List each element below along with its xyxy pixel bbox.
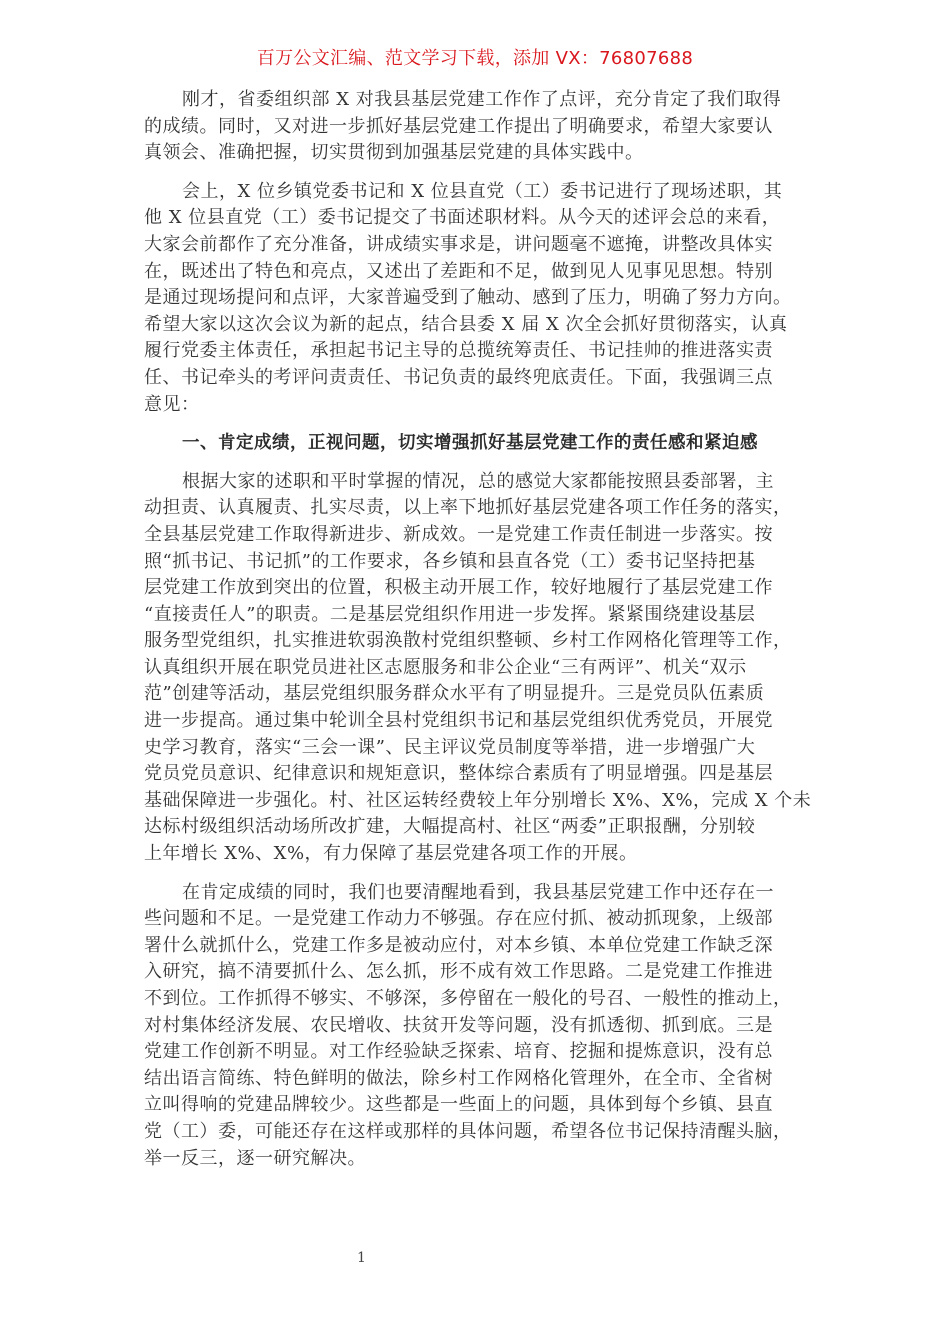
- text-line: 不到位。工作抓得不够实、不够深，多停留在一般化的号召、一般性的推动上，: [144, 986, 824, 1013]
- text-line: 照“抓书记、书记抓”的工作要求，各乡镇和县直各党（工）委书记坚持把基: [144, 549, 824, 576]
- text-line: 层党建工作放到突出的位置，积极主动开展工作，较好地履行了基层党建工作: [144, 575, 824, 602]
- text-line: 履行党委主体责任，承担起书记主导的总揽统筹责任、书记挂帅的推进落实责: [144, 338, 824, 365]
- promo-banner: 百万公文汇编、范文学习下载，添加 VX：76807688: [0, 47, 950, 71]
- text-line: 会上，X 位乡镇党委书记和 X 位县直党（工）委书记进行了现场述职，其: [144, 179, 824, 206]
- text-line: 根据大家的述职和平时掌握的情况，总的感觉大家都能按照县委部署，主: [144, 469, 824, 496]
- document-page: 百万公文汇编、范文学习下载，添加 VX：76807688 刚才，省委组织部 X …: [0, 0, 950, 1344]
- page-number: 1: [357, 1250, 366, 1266]
- document-body: 刚才，省委组织部 X 对我县基层党建工作作了点评，充分肯定了我们取得 的成绩。同…: [144, 87, 824, 1172]
- text-line: 基础保障进一步强化。村、社区运转经费较上年分别增长 X%、X%，完成 X 个未: [144, 788, 824, 815]
- text-line: 党建工作创新不明显。对工作经验缺乏探索、培育、挖掘和提炼意识，没有总: [144, 1039, 824, 1066]
- paragraph-achievements: 根据大家的述职和平时掌握的情况，总的感觉大家都能按照县委部署，主 动担责、认真履…: [144, 469, 824, 868]
- text-line: 在，既述出了特色和亮点，又述出了差距和不足，做到见人见事见思想。特别: [144, 259, 824, 286]
- text-line: 任、书记牵头的考评问责责任、书记负责的最终兜底责任。下面，我强调三点: [144, 365, 824, 392]
- paragraph-problems: 在肯定成绩的同时，我们也要清醒地看到，我县基层党建工作中还存在一 些问题和不足。…: [144, 880, 824, 1173]
- section-heading: 一、肯定成绩，正视问题，切实增强抓好基层党建工作的责任感和紧迫感: [144, 430, 824, 457]
- paragraph-meeting: 会上，X 位乡镇党委书记和 X 位县直党（工）委书记进行了现场述职，其 他 X …: [144, 179, 824, 418]
- text-line: 真领会、准确把握，切实贯彻到加强基层党建的具体实践中。: [144, 140, 824, 167]
- text-line: 刚才，省委组织部 X 对我县基层党建工作作了点评，充分肯定了我们取得: [144, 87, 824, 114]
- text-line: “直接责任人”的职责。二是基层党组织作用进一步发挥。紧紧围绕建设基层: [144, 602, 824, 629]
- heading-text: 一、肯定成绩，正视问题，切实增强抓好基层党建工作的责任感和紧迫感: [144, 430, 824, 457]
- text-line: 是通过现场提问和点评，大家普遍受到了触动、感到了压力，明确了努力方向。: [144, 285, 824, 312]
- text-line: 他 X 位县直党（工）委书记提交了书面述职材料。从今天的述评会总的来看，: [144, 205, 824, 232]
- text-line: 大家会前都作了充分准备，讲成绩实事求是，讲问题毫不遮掩，讲整改具体实: [144, 232, 824, 259]
- text-line: 全县基层党建工作取得新进步、新成效。一是党建工作责任制进一步落实。按: [144, 522, 824, 549]
- text-line: 些问题和不足。一是党建工作动力不够强。存在应付抓、被动抓现象，上级部: [144, 906, 824, 933]
- text-line: 的成绩。同时，又对进一步抓好基层党建工作提出了明确要求，希望大家要认: [144, 114, 824, 141]
- text-line: 党（工）委，可能还存在这样或那样的具体问题，希望各位书记保持清醒头脑，: [144, 1119, 824, 1146]
- text-line: 服务型党组织，扎实推进软弱涣散村党组织整顿、乡村工作网格化管理等工作，: [144, 628, 824, 655]
- text-line: 范”创建等活动，基层党组织服务群众水平有了明显提升。三是党员队伍素质: [144, 681, 824, 708]
- text-line: 希望大家以这次会议为新的起点，结合县委 X 届 X 次全会抓好贯彻落实，认真: [144, 312, 824, 339]
- text-line: 意见：: [144, 392, 824, 419]
- text-line: 党员党员意识、纪律意识和规矩意识，整体综合素质有了明显增强。四是基层: [144, 761, 824, 788]
- text-line: 在肯定成绩的同时，我们也要清醒地看到，我县基层党建工作中还存在一: [144, 880, 824, 907]
- paragraph-intro: 刚才，省委组织部 X 对我县基层党建工作作了点评，充分肯定了我们取得 的成绩。同…: [144, 87, 824, 167]
- text-line: 入研究，搞不清要抓什么、怎么抓，形不成有效工作思路。二是党建工作推进: [144, 959, 824, 986]
- text-line: 署什么就抓什么，党建工作多是被动应付，对本乡镇、本单位党建工作缺乏深: [144, 933, 824, 960]
- text-line: 达标村级组织活动场所改扩建，大幅提高村、社区“两委”正职报酬，分别较: [144, 814, 824, 841]
- text-line: 动担责、认真履责、扎实尽责，以上率下地抓好基层党建各项工作任务的落实，: [144, 495, 824, 522]
- text-line: 史学习教育，落实“三会一课”、民主评议党员制度等举措，进一步增强广大: [144, 735, 824, 762]
- text-line: 结出语言简练、特色鲜明的做法，除乡村工作网格化管理外，在全市、全省树: [144, 1066, 824, 1093]
- text-line: 立叫得响的党建品牌较少。这些都是一些面上的问题，具体到每个乡镇、县直: [144, 1092, 824, 1119]
- text-line: 认真组织开展在职党员进社区志愿服务和非公企业“三有两评”、机关“双示: [144, 655, 824, 682]
- text-line: 进一步提高。通过集中轮训全县村党组织书记和基层党组织优秀党员，开展党: [144, 708, 824, 735]
- text-line: 对村集体经济发展、农民增收、扶贫开发等问题，没有抓透彻、抓到底。三是: [144, 1013, 824, 1040]
- text-line: 举一反三，逐一研究解决。: [144, 1146, 824, 1173]
- text-line: 上年增长 X%、X%，有力保障了基层党建各项工作的开展。: [144, 841, 824, 868]
